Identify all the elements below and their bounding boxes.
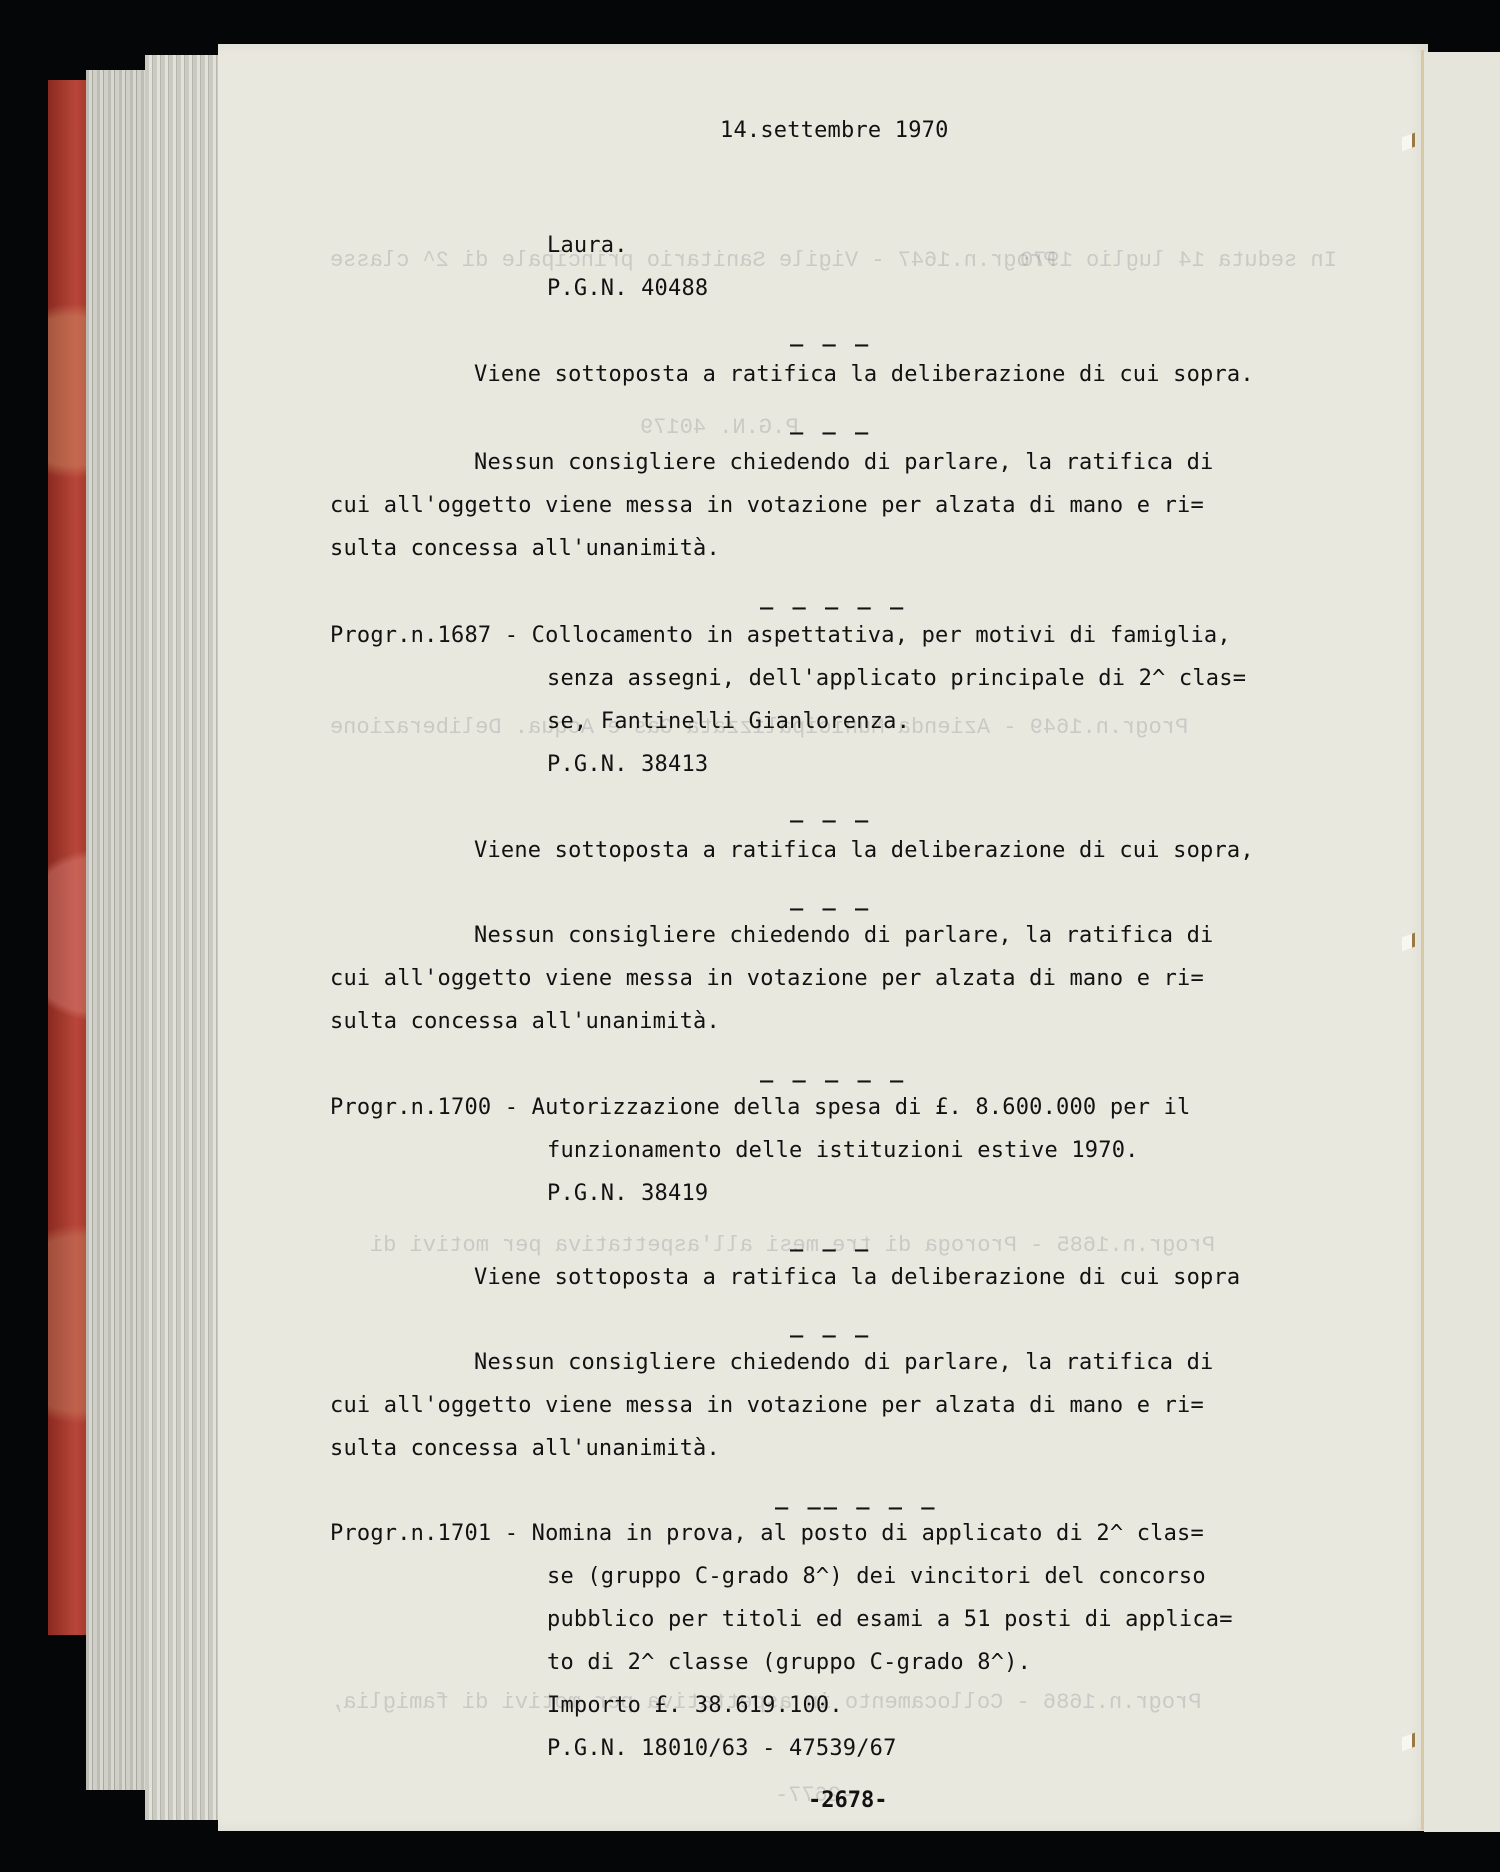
text-line: funzionamento delle istituzioni estive 1… [547,1138,1139,1163]
separator: _ _ _ [790,798,871,823]
text-line: se (gruppo C-grado 8^) dei vincitori del… [547,1564,1206,1589]
text-line: Laura. [547,233,628,258]
pgn-reference: P.G.N. 38413 [547,752,708,777]
vote-text: cui all'oggetto viene messa in votazione… [330,1393,1204,1418]
text-line: pubblico per titoli ed esami a 51 posti … [547,1607,1233,1632]
pgn-reference: P.G.N. 40488 [547,276,708,301]
section-separator: _ _ _ _ _ [760,585,906,610]
facing-page-edge [1424,52,1500,1832]
vote-text: Nessun consigliere chiedendo di parlare,… [474,450,1213,475]
bleed-through-text: P.G.N. 40179 [640,415,798,440]
text-line: se, Fantinelli Gianlorenza. [547,709,910,734]
pgn-reference: P.G.N. 38419 [547,1181,708,1206]
progr-1700-title: Progr.n.1700 - Autorizzazione della spes… [330,1095,1191,1120]
separator: _ _ _ [790,410,871,435]
section-separator: _ _ _ _ _ [760,1058,906,1083]
bleed-through-text: Progr.n.1647 - Vigile Sanitario principa… [330,248,1056,273]
separator: _ _ _ [790,322,871,347]
vote-result: sulta concessa all'unanimità. [330,1009,720,1034]
text-line: to di 2^ classe (gruppo C-grado 8^). [547,1650,1031,1675]
page-number: -2678- [808,1788,887,1813]
vote-result: sulta concessa all'unanimità. [330,1436,720,1461]
vote-text: Nessun consigliere chiedendo di parlare,… [474,923,1213,948]
page-edges-inner [145,55,220,1820]
progr-1701-title: Progr.n.1701 - Nomina in prova, al posto… [330,1521,1204,1546]
header-date: 14.settembre 1970 [720,118,949,143]
pgn-reference: P.G.N. 18010/63 - 47539/67 [547,1736,897,1761]
vote-text: cui all'oggetto viene messa in votazione… [330,493,1204,518]
bleed-through-text: In seduta 14 luglio 1970 [1020,248,1337,273]
ratification-text: Viene sottoposta a ratifica la deliberaz… [474,838,1254,863]
separator: _ _ _ [790,1313,871,1338]
amount-line: Importo £. 38.619.100. [547,1693,843,1718]
vote-result: sulta concessa all'unanimità. [330,536,720,561]
vote-text: cui all'oggetto viene messa in votazione… [330,966,1204,991]
separator: _ _ _ [790,1227,871,1252]
ratification-text: Viene sottoposta a ratifica la deliberaz… [474,1265,1240,1290]
ratification-text: Viene sottoposta a ratifica la deliberaz… [474,362,1254,387]
vote-text: Nessun consigliere chiedendo di parlare,… [474,1350,1213,1375]
section-separator: _ __ _ _ _ [775,1485,937,1510]
progr-1687-title: Progr.n.1687 - Collocamento in aspettati… [330,623,1231,648]
separator: _ _ _ [790,886,871,911]
text-line: senza assegni, dell'applicato principale… [547,666,1246,691]
